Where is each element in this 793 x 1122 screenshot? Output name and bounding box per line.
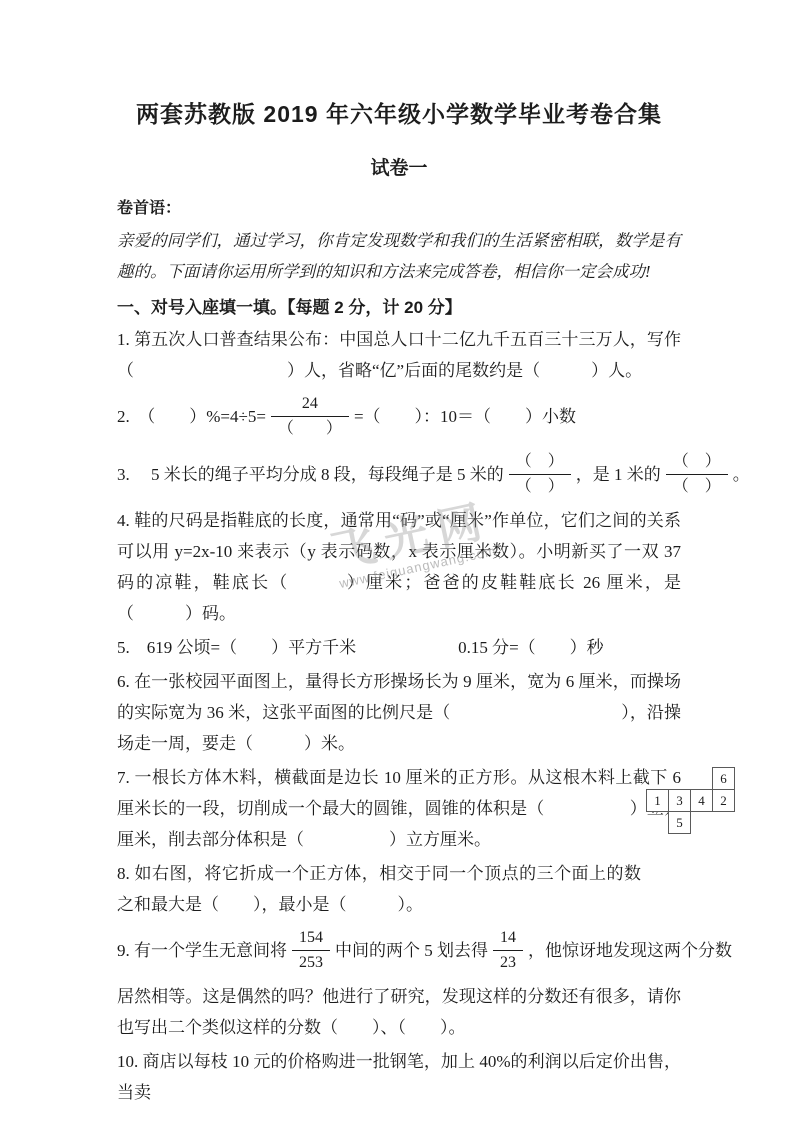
fraction: （ ） （ ） (666, 451, 728, 498)
question-3: 3. 5 米长的绳子平均分成 8 段，每段绳子是 5 米的 （ ） （ ） ，是… (117, 447, 681, 501)
question-9-line-1: 9. 有一个学生无意间将 154 253 中间的两个 5 划去得 14 23 ，… (117, 923, 681, 977)
net-cell-6: 6 (712, 767, 735, 790)
fraction-numerator: 154 (292, 927, 330, 951)
net-cell-5: 5 (668, 811, 691, 834)
fraction: 14 23 (493, 927, 523, 974)
cube-net-diagram: 6 1 3 4 2 5 (646, 767, 741, 837)
fraction-numerator: （ ） (509, 451, 571, 475)
question-6: 6. 在一张校园平面图上，量得长方形操场长为 9 厘米，宽为 6 厘米，而操场的… (117, 666, 681, 759)
fraction-denominator: 23 (493, 951, 523, 974)
page-title: 两套苏教版 2019 年六年级小学数学毕业考卷合集 (117, 96, 681, 129)
preamble-heading: 卷首语： (117, 195, 681, 218)
fraction: （ ） （ ） (509, 451, 571, 498)
question-2: 2. （ ）%=4÷5= 24 （ ） =（ ）：10＝（ ）小数 (117, 389, 681, 443)
fraction-numerator: 24 (271, 393, 349, 417)
exam-subtitle: 试卷一 (117, 153, 681, 180)
question-1: 1. 第五次人口普查结果公布：中国总人口十二亿九千五百三十三万人，写作（ ）人，… (117, 324, 681, 386)
fraction-denominator: （ ） (666, 475, 728, 498)
question-3-mid: ，是 1 米的 (576, 459, 661, 490)
question-2-prefix: 2. （ ）%=4÷5= (117, 401, 266, 432)
exam-document-page: 两套苏教版 2019 年六年级小学数学毕业考卷合集 试卷一 卷首语： 亲爱的同学… (0, 0, 793, 1122)
fraction-denominator: （ ） (271, 417, 349, 440)
question-2-suffix: =（ ）：10＝（ ）小数 (354, 401, 576, 432)
fraction-numerator: 14 (493, 927, 523, 951)
net-cell-3: 3 (668, 789, 691, 812)
question-8: 8. 如右图，将它折成一个正方体，相交于同一个顶点的三个面上的数之和最大是（ ）… (117, 858, 641, 920)
fraction: 154 253 (292, 927, 330, 974)
fraction-denominator: （ ） (509, 475, 571, 498)
question-5: 5. 619 公顷=（ ）平方千米 0.15 分=（ ）秒 (117, 632, 681, 663)
net-cell-2: 2 (712, 789, 735, 812)
preamble-text: 亲爱的同学们，通过学习，你肯定发现数学和我们的生活紧密相联，数学是有趣的。下面请… (117, 225, 681, 287)
question-4: 4. 鞋的尺码是指鞋底的长度，通常用“码”或“厘米”作单位，它们之间的关系可以用… (117, 505, 681, 629)
document-content: 两套苏教版 2019 年六年级小学数学毕业考卷合集 试卷一 卷首语： 亲爱的同学… (117, 96, 681, 1111)
net-cell-1: 1 (646, 789, 669, 812)
fraction: 24 （ ） (271, 393, 349, 440)
section-1-heading: 一、对号入座填一填。【每题 2 分，计 20 分】 (117, 293, 681, 318)
net-cell-4: 4 (690, 789, 713, 812)
question-3-suffix: 。 (733, 459, 750, 490)
question-10: 10. 商店以每枝 10 元的价格购进一批钢笔，加上 40%的利润以后定价出售，… (117, 1046, 681, 1108)
fraction-numerator: （ ） (666, 451, 728, 475)
question-9-continuation: 居然相等。这是偶然的吗？他进行了研究，发现这样的分数还有很多，请你也写出二个类似… (117, 981, 681, 1043)
fraction-denominator: 253 (292, 951, 330, 974)
question-7: 7. 一根长方体木料，横截面是边长 10 厘米的正方形。从这根木料上截下 6 厘… (117, 762, 681, 855)
question-9-mid: 中间的两个 5 划去得 (335, 935, 488, 966)
question-9-suffix: ，他惊讶地发现这两个分数 (528, 935, 732, 966)
question-9-prefix: 9. 有一个学生无意间将 (117, 935, 287, 966)
question-3-prefix: 3. 5 米长的绳子平均分成 8 段，每段绳子是 5 米的 (117, 459, 504, 490)
